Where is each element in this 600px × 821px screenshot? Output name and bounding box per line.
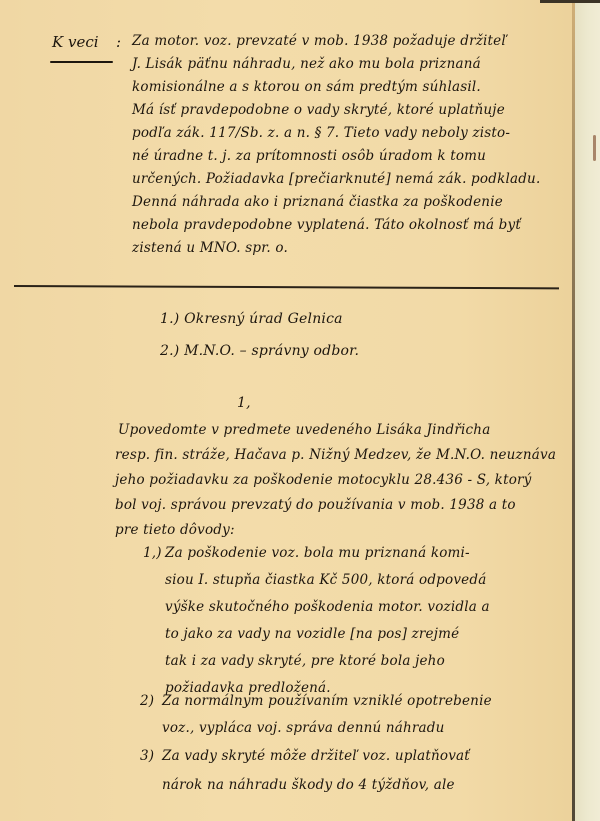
reason-line: siou I. stupňa čiastka Kč 500, ktorá odp…	[143, 567, 490, 594]
note-paragraph: Za motor. voz. prevzaté v mob. 1938 poža…	[132, 30, 540, 260]
reason-line: Za vady skryté môže držiteľ voz. uplatňo…	[162, 748, 470, 764]
recipient-item: 2.) M.N.O. – správny odbor.	[160, 340, 359, 363]
note-line: J. Lisák päťnu náhradu, než ako mu bola …	[132, 53, 540, 76]
main-paragraph: Upovedomte v predmete uvedeného Lisáka J…	[118, 418, 556, 543]
note-line: zistená u MNO. spr. o.	[132, 237, 540, 260]
reason-line: nárok na náhradu škody do 4 týždňov, ale	[140, 771, 470, 800]
next-page-edge	[575, 0, 600, 821]
note-line: určených. Požiadavka [prečiarknuté] nemá…	[132, 168, 540, 191]
note-line: nebola pravdepodobne vyplatená. Táto oko…	[132, 214, 540, 237]
main-line: resp. fin. stráže, Hačava p. Nižný Medze…	[115, 443, 556, 468]
reason-number: 2)	[140, 688, 162, 715]
reason-line: Za poškodenie voz. bola mu priznaná komi…	[165, 545, 470, 561]
section-number: 1,	[237, 392, 251, 415]
note-line: podľa zák. 117/Sb. z. a n. § 7. Tieto va…	[132, 122, 540, 145]
main-line: bol voj. správou prevzatý do používania …	[115, 493, 556, 518]
heading-underline	[50, 61, 113, 63]
recipient-number: 2.)	[160, 343, 179, 359]
next-page-top-edge	[540, 0, 600, 3]
reason-line: výške skutočného poškodenia motor. vozid…	[143, 594, 490, 621]
reason-line: to jako za vady na vozidle [na pos] zrej…	[143, 621, 490, 648]
reason-number: 1,)	[143, 540, 165, 567]
note-line: Za motor. voz. prevzaté v mob. 1938 poža…	[132, 30, 540, 53]
reason-item: 2)Za normálnym používaním vzniklé opotre…	[140, 688, 492, 742]
recipient-text: Okresný úrad Gelnica	[184, 311, 343, 327]
reason-line: voz., vypláca voj. správa dennú náhradu	[140, 715, 492, 742]
note-line: komisionálne a s ktorou on sám predtým s…	[132, 76, 540, 99]
main-line: jeho požiadavku za poškodenie motocyklu …	[115, 468, 556, 493]
ink-stain	[593, 135, 596, 161]
heading-label: K veci	[52, 33, 99, 51]
reason-item: 1,)Za poškodenie voz. bola mu priznaná k…	[143, 540, 490, 702]
note-line: Má ísť pravdepodobne o vady skryté, ktor…	[132, 99, 540, 122]
reason-item: 3)Za vady skryté môže držiteľ voz. uplat…	[140, 742, 470, 800]
reason-line: Za normálnym používaním vzniklé opotrebe…	[162, 693, 492, 709]
reason-line: tak i za vady skryté, pre ktoré bola jeh…	[143, 648, 490, 675]
recipient-number: 1.)	[160, 311, 179, 327]
reason-number: 3)	[140, 742, 162, 771]
note-line: Denná náhrada ako i priznaná čiastka za …	[132, 191, 540, 214]
main-line: Upovedomte v predmete uvedeného Lisáka J…	[118, 418, 556, 443]
heading-colon: :	[116, 33, 121, 51]
recipient-text: M.N.O. – správny odbor.	[184, 343, 359, 359]
note-line: né úradne t. j. za prítomnosti osôb úrad…	[132, 145, 540, 168]
recipient-item: 1.) Okresný úrad Gelnica	[160, 308, 343, 331]
